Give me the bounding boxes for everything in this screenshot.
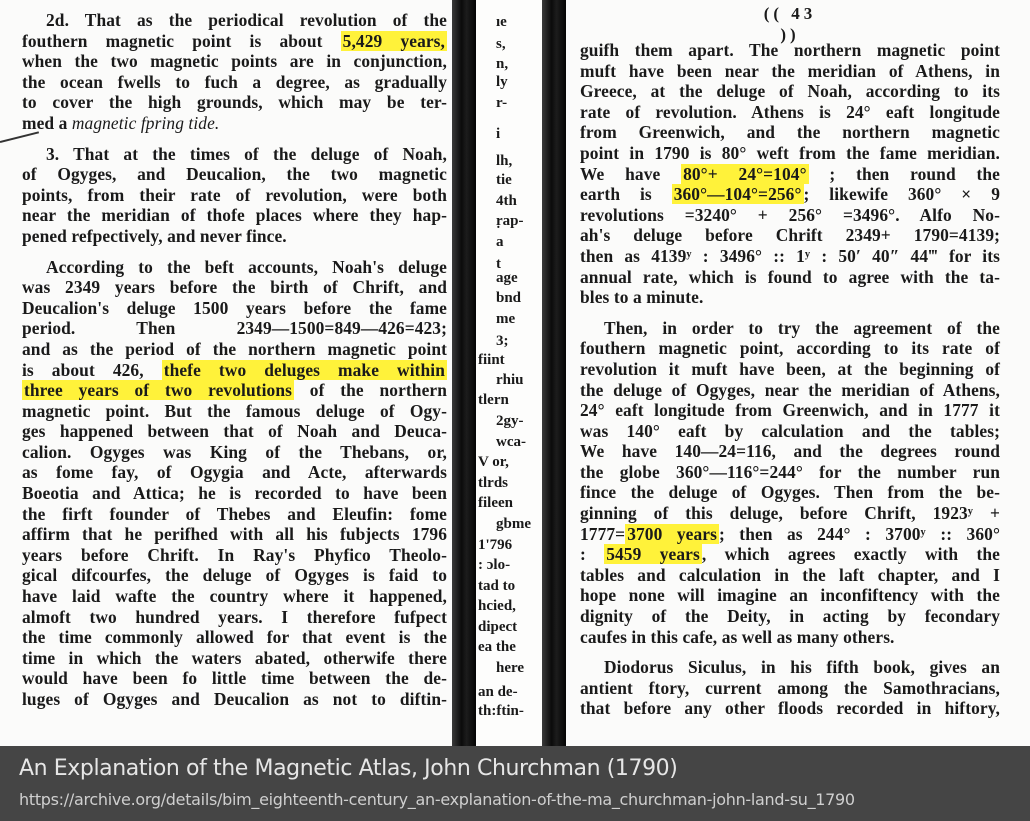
text-line: revolution it muft have been, at the beg… xyxy=(580,359,1000,380)
text-line: the deluge of Ogyges, near the meridian … xyxy=(580,380,1000,401)
gutter-strip: ıes,n,lyr-ilh,tie4thṛap-atagebndme3;fiin… xyxy=(476,0,542,746)
text-line: rate of revolution. Athens is 24° eaft l… xyxy=(580,102,1000,123)
text-line: hope none will imagine an inconfiftency … xyxy=(580,585,1000,606)
paragraph-gap xyxy=(22,247,447,257)
text-line: of Ogyges, and Deucalion, the two magnet… xyxy=(22,164,447,185)
caption-bar: An Explanation of the Magnetic Atlas, Jo… xyxy=(0,746,1030,821)
para-continued: guifh them apart. The northern magnetic … xyxy=(580,40,1000,308)
text-line: antient ftory, current among the Samothr… xyxy=(580,678,1000,699)
text-line: muft have been near the meridian of Athe… xyxy=(580,61,1000,82)
text-line: fince the deluge of Ogyges. Then from th… xyxy=(580,482,1000,503)
gutter-text-fragment: dipect xyxy=(478,619,517,636)
scanned-book-spread: 2d. That as the periodical revolution of… xyxy=(0,0,1030,746)
gutter-text-fragment: n, xyxy=(496,56,508,73)
gutter-text-fragment: rhiu xyxy=(496,372,524,389)
gutter-text-fragment: i xyxy=(496,126,500,143)
text-line: Boeotia and Attica; he is recorded to ha… xyxy=(22,483,447,504)
text-run: fouthern magnetic point is about xyxy=(22,31,341,51)
text-line: Diodorus Siculus, in his fifth book, giv… xyxy=(580,657,1000,678)
gutter-shadow-left xyxy=(452,0,476,746)
gutter-text-fragment: ly xyxy=(496,74,508,91)
text-line: would have been fo little time between t… xyxy=(22,668,447,689)
text-line: gical difcourfes, the deluge of Ogyges i… xyxy=(22,565,447,586)
text-line: calion. Ogyges was King of the Thebans, … xyxy=(22,442,447,463)
text-run: of the northern xyxy=(294,380,447,400)
text-run: ; then round the xyxy=(809,164,1000,184)
text-line: ah's deluge before Chrift 2349+ 1790=413… xyxy=(580,225,1000,246)
text-line: affirm that he perifhed with all his fub… xyxy=(22,524,447,545)
gutter-text-fragment: fiint xyxy=(478,352,505,369)
text-line: According to the beft accounts, Noah's d… xyxy=(22,257,447,278)
text-line: from Greenwich, and the northern magneti… xyxy=(580,122,1000,143)
text-line: time in which the waters abated, otherwi… xyxy=(22,648,447,669)
text-line: near the meridian of thofe places where … xyxy=(22,205,447,226)
gutter-text-fragment: tlern xyxy=(478,392,509,409)
gutter-text-fragment: tie xyxy=(496,172,512,189)
text-line: 1777=3700 years; then as 244° : 3700ʸ ::… xyxy=(580,524,1000,545)
text-line: fouthern magnetic point is about 5,429 y… xyxy=(22,31,447,52)
paragraph-gap xyxy=(580,647,1000,657)
gutter-text-fragment: ıe xyxy=(496,14,507,31)
text-line: that before any other floods recorded in… xyxy=(580,698,1000,719)
gutter-text-fragment: an de- xyxy=(478,684,518,701)
text-run: ; then as 244° : 3700ʸ :: 360° xyxy=(719,524,1000,544)
text-run: med a xyxy=(22,113,72,133)
gutter-text-fragment: lh, xyxy=(496,153,512,170)
text-line: pened refpectively, and never fince. xyxy=(22,226,447,247)
gutter-text-fragment: age xyxy=(496,270,518,287)
gutter-text-fragment: a xyxy=(496,234,504,251)
text-line: almoft two hundred years. I therefore fu… xyxy=(22,607,447,628)
gutter-text-fragment: hcied, xyxy=(478,598,516,615)
text-line: the time commonly allowed for that event… xyxy=(22,627,447,648)
gutter-text-fragment: wca- xyxy=(496,434,526,451)
para-2d: 2d. That as the periodical revolution of… xyxy=(22,10,447,134)
text-line: was 2349 years before the birth of Chrif… xyxy=(22,277,447,298)
gutter-text-fragment: r- xyxy=(496,95,507,112)
text-run: : xyxy=(580,544,604,564)
gutter-text-fragment: 2gy- xyxy=(496,413,524,430)
para-3: 3. That at the times of the deluge of No… xyxy=(22,144,447,247)
page-number: (( 43 )) xyxy=(750,4,830,45)
text-line: annual rate, which is found to agree wit… xyxy=(580,267,1000,288)
text-run: 1777= xyxy=(580,524,625,544)
italic-text: magnetic fpring tide. xyxy=(72,113,219,133)
text-line: fouthern magnetic point, according to it… xyxy=(580,338,1000,359)
text-line: Deucalion's deluge 1500 years before the… xyxy=(22,298,447,319)
text-line: We have 140—24=116, and the degrees roun… xyxy=(580,441,1000,462)
text-line: the globe 360°—116°=244° for the number … xyxy=(580,462,1000,483)
highlighted-text: 5459 years xyxy=(604,544,702,564)
text-line: luges of Ogyges and Deucalion as not to … xyxy=(22,689,447,710)
text-line: 24° eaft longitude from Greenwich, and i… xyxy=(580,400,1000,421)
right-page: (( 43 )) guifh them apart. The northern … xyxy=(580,0,1000,746)
gutter-text-fragment: gbme xyxy=(496,516,531,533)
gutter-text-fragment: tlrds xyxy=(478,475,508,492)
text-line: have laid wafte the country where it hap… xyxy=(22,586,447,607)
gutter-text-fragment: 1'796 xyxy=(478,537,512,554)
paragraph-gap xyxy=(22,134,447,144)
text-line: 3. That at the times of the deluge of No… xyxy=(22,144,447,165)
text-run: ; likewife 360° × 9 xyxy=(804,184,1000,204)
gutter-text-fragment: s, xyxy=(496,36,506,53)
gutter-text-fragment: ea the xyxy=(478,639,516,656)
text-line: 2d. That as the periodical revolution of… xyxy=(22,10,447,31)
text-line: revolutions =3240° + 256° =3496°. Alfo N… xyxy=(580,205,1000,226)
para-diodorus: Diodorus Siculus, in his fifth book, giv… xyxy=(580,657,1000,719)
text-line: med a magnetic fpring tide. xyxy=(22,113,447,134)
gutter-text-fragment: here xyxy=(496,660,524,677)
text-line: We have 80°+ 24°=104° ; then round the xyxy=(580,164,1000,185)
text-line: ges happened between that of Noah and De… xyxy=(22,421,447,442)
text-line: was 140° eaft by calculation and the tab… xyxy=(580,421,1000,442)
text-line: : 5459 years, which agrees exactly with … xyxy=(580,544,1000,565)
text-line: ginning of this deluge, before Chrift, 1… xyxy=(580,503,1000,524)
caption-title: An Explanation of the Magnetic Atlas, Jo… xyxy=(19,756,677,781)
text-run: earth is xyxy=(580,184,672,204)
paragraph-gap xyxy=(580,308,1000,318)
gutter-text-fragment: fileen xyxy=(478,495,513,512)
text-line: period. Then 2349—1500=849—426=423; xyxy=(22,318,447,339)
text-line: as fome fay, of Ogygia and Acte, afterwa… xyxy=(22,462,447,483)
highlighted-text: 5,429 years, xyxy=(341,31,447,51)
text-line: Then, in order to try the agreement of t… xyxy=(580,318,1000,339)
gutter-shadow-right xyxy=(542,0,566,746)
text-line: earth is 360°—104°=256°; likewife 360° ×… xyxy=(580,184,1000,205)
text-line: the firft founder of Thebes and Eleufin:… xyxy=(22,504,447,525)
text-line: tables and calculation in the laft chapt… xyxy=(580,565,1000,586)
text-line: Greece, at the deluge of Noah, according… xyxy=(580,81,1000,102)
text-run: is about 426, xyxy=(22,360,162,380)
caption-url[interactable]: https://archive.org/details/bim_eighteen… xyxy=(19,790,855,809)
gutter-text-fragment: ṛap- xyxy=(496,213,524,230)
highlighted-text: 3700 years xyxy=(625,524,719,544)
text-line: three years of two revolutions of the no… xyxy=(22,380,447,401)
text-line: years before Chrift. In Ray's Phyfico Th… xyxy=(22,545,447,566)
text-line: is about 426, thefe two deluges make wit… xyxy=(22,360,447,381)
text-line: bles to a minute. xyxy=(580,287,1000,308)
text-line: to cover the high grounds, which may be … xyxy=(22,92,447,113)
text-line: dignity of the Deity, in acting by fecon… xyxy=(580,606,1000,627)
text-line: points, from their rate of revolution, w… xyxy=(22,185,447,206)
text-line: then as 4139ʸ : 3496° :: 1ʸ : 50′ 40″ 44… xyxy=(580,246,1000,267)
gutter-text-fragment: V or, xyxy=(478,454,509,471)
para-then: Then, in order to try the agreement of t… xyxy=(580,318,1000,648)
gutter-text-fragment: 4th xyxy=(496,193,517,210)
text-line: caufes in this cafe, as well as many oth… xyxy=(580,627,1000,648)
gutter-text-fragment: me xyxy=(496,311,515,328)
gutter-text-fragment: 3; xyxy=(496,333,509,350)
text-line: the ocean fwells to fuch a degree, as gr… xyxy=(22,72,447,93)
text-line: and as the period of the northern magnet… xyxy=(22,339,447,360)
gutter-text-fragment: : ɔlo- xyxy=(478,557,510,574)
highlighted-text: thefe two deluges make within xyxy=(162,360,447,380)
text-run: , which agrees exactly with the xyxy=(702,544,1000,564)
highlighted-text: 80°+ 24°=104° xyxy=(681,164,809,184)
left-page: 2d. That as the periodical revolution of… xyxy=(22,0,447,746)
para-according: According to the beft accounts, Noah's d… xyxy=(22,257,447,710)
text-line: when the two magnetic points are in conj… xyxy=(22,51,447,72)
gutter-text-fragment: bnd xyxy=(496,290,521,307)
text-line: point in 1790 is 80° weft from the fame … xyxy=(580,143,1000,164)
gutter-text-fragment: tad to xyxy=(478,578,515,595)
highlighted-text: three years of two revolutions xyxy=(22,380,294,400)
text-run: We have xyxy=(580,164,681,184)
text-line: magnetic point. But the famous deluge of… xyxy=(22,401,447,422)
gutter-text-fragment: th:ftin- xyxy=(478,703,524,720)
highlighted-text: 360°—104°=256° xyxy=(672,184,804,204)
